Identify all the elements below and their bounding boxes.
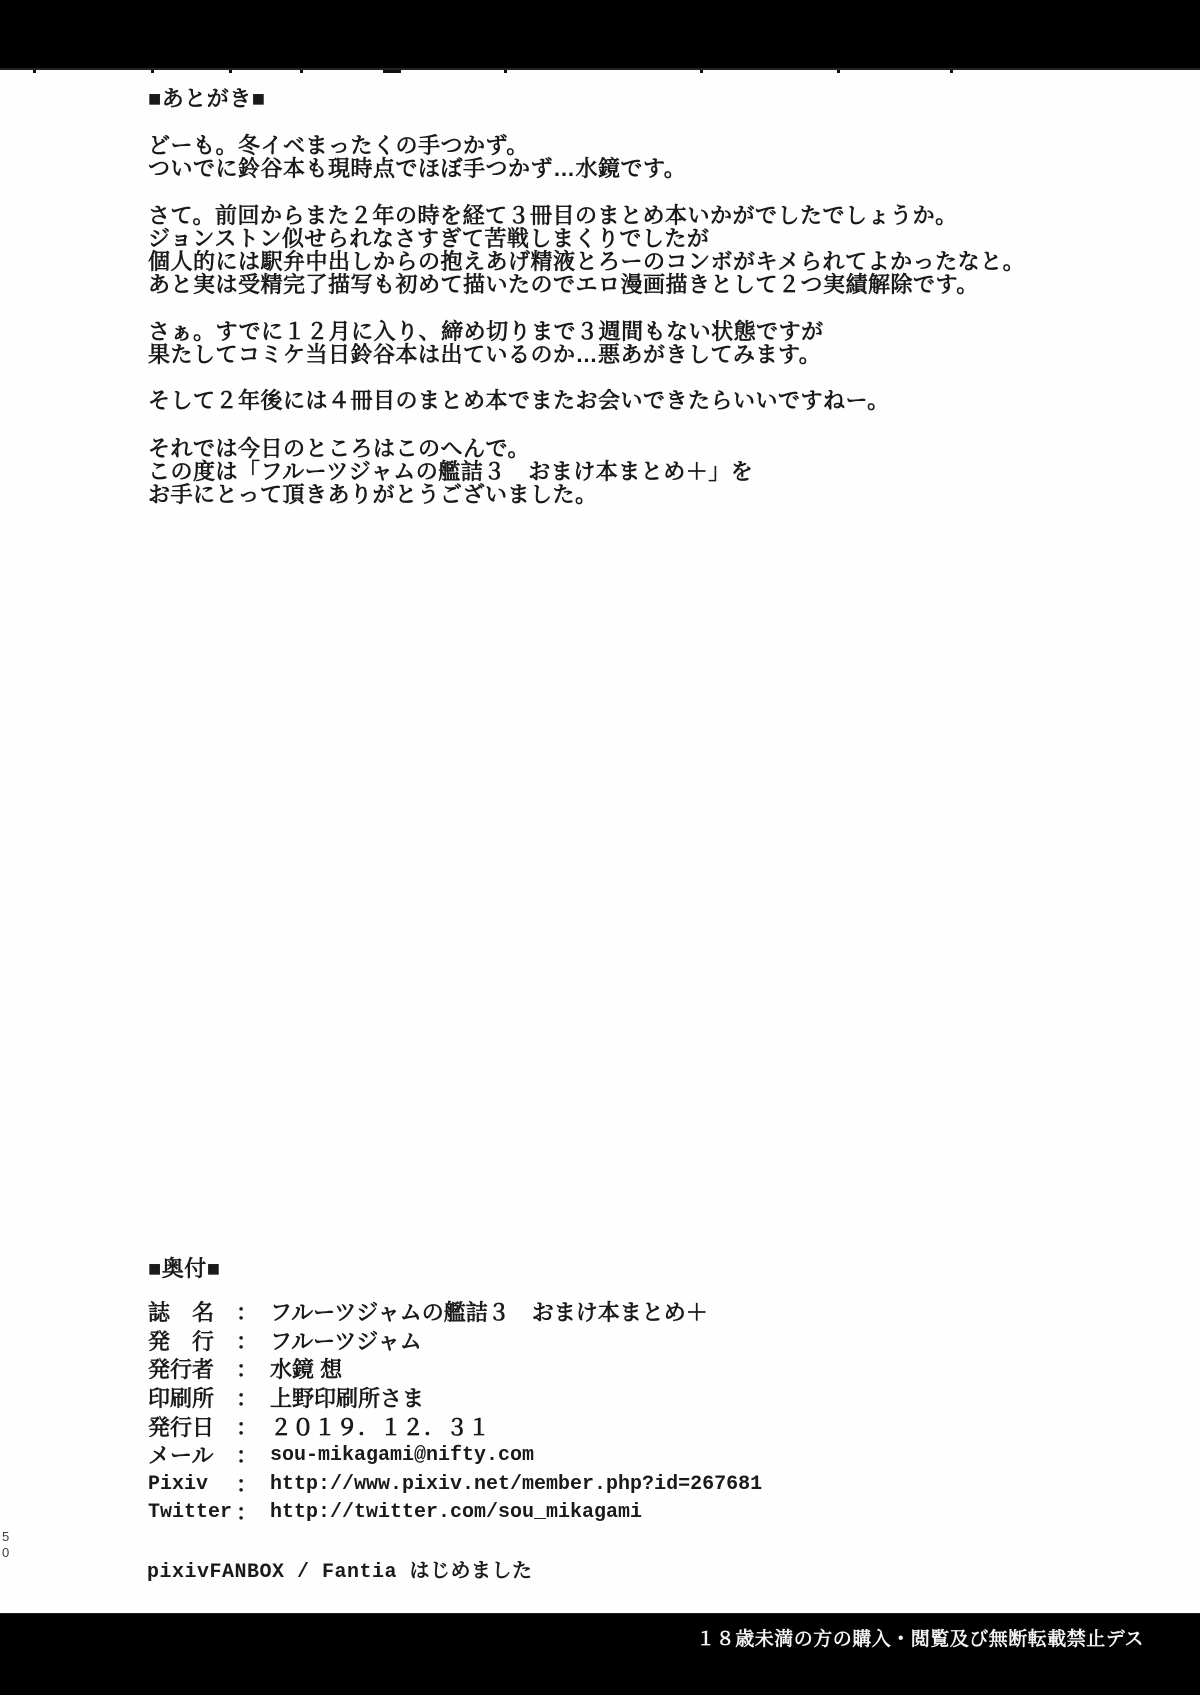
colophon-row-email: メール ： sou-mikagami@nifty.com xyxy=(148,1442,1048,1471)
text-line: どーも。冬イベまったくの手つかず。 xyxy=(148,134,686,157)
row-separator: ： xyxy=(236,1471,270,1498)
afterword-paragraph-4: そして２年後には４冊目のまとめ本でまたお会いできたらいいですねー。 xyxy=(148,389,890,412)
colophon-row-printer: 印刷所 ： 上野印刷所さま xyxy=(148,1385,1048,1414)
colophon-row-date: 発行日 ： ２０１９．１２．３１ xyxy=(148,1414,1048,1443)
age-restriction-notice: １８歳未満の方の購入・閲覧及び無断転載禁止デス xyxy=(696,1624,1144,1651)
row-label: 発行日 xyxy=(148,1414,236,1441)
afterword-paragraph-5: それでは今日のところはこのへんで。 この度は「フルーツジャムの艦詰３ おまけ本ま… xyxy=(148,437,753,506)
colophon-row-title: 誌 名 ： フルーツジャムの艦詰３ おまけ本まとめ＋ xyxy=(148,1299,1048,1328)
afterword-paragraph-3: さぁ。すでに１２月に入り、締め切りまで３週間もない状態ですが 果たしてコミケ当日… xyxy=(148,320,824,366)
pixiv-url: http://www.pixiv.net/member.php?id=26768… xyxy=(270,1471,762,1498)
row-label: Twitter xyxy=(148,1499,236,1526)
colophon-heading: ■奥付■ xyxy=(148,1252,221,1283)
text-line: 果たしてコミケ当日鈴谷本は出ているのか…悪あがきしてみます。 xyxy=(148,343,824,366)
text-line: そして２年後には４冊目のまとめ本でまたお会いできたらいいですねー。 xyxy=(148,389,890,412)
row-separator: ： xyxy=(236,1385,270,1412)
scan-artifact-tick xyxy=(700,70,703,73)
text-line: さぁ。すでに１２月に入り、締め切りまで３週間もない状態ですが xyxy=(148,320,824,343)
page-number-digit: 0 xyxy=(2,1545,9,1561)
colophon-row-pixiv: Pixiv ： http://www.pixiv.net/member.php?… xyxy=(148,1471,1048,1500)
scan-artifact-tick xyxy=(229,70,232,73)
row-separator: ： xyxy=(236,1499,270,1526)
page-number: 5 0 xyxy=(2,1529,9,1561)
email-address: sou-mikagami@nifty.com xyxy=(270,1442,534,1469)
text-line: お手にとって頂きありがとうございました。 xyxy=(148,483,753,506)
row-label: メール xyxy=(148,1442,236,1469)
colophon-row-author: 発行者 ： 水鏡 想 xyxy=(148,1356,1048,1385)
row-label: 発 行 xyxy=(148,1328,236,1355)
row-separator: ： xyxy=(236,1442,270,1469)
row-value: フルーツジャムの艦詰３ おまけ本まとめ＋ xyxy=(270,1299,708,1326)
text-line: それでは今日のところはこのへんで。 xyxy=(148,437,753,460)
colophon-row-twitter: Twitter ： http://twitter.com/sou_mikagam… xyxy=(148,1499,1048,1528)
afterword-paragraph-2: さて。前回からまた２年の時を経て３冊目のまとめ本いかがでしたでしょうか。 ジョン… xyxy=(148,204,1025,296)
scan-artifact-tick xyxy=(33,70,36,73)
twitter-url: http://twitter.com/sou_mikagami xyxy=(270,1499,642,1526)
row-value: フルーツジャム xyxy=(270,1328,422,1355)
scan-artifact-tick xyxy=(383,70,401,73)
text-line: ついでに鈴谷本も現時点でほぼ手つかず…水鏡です。 xyxy=(148,157,686,180)
text-line: この度は「フルーツジャムの艦詰３ おまけ本まとめ＋」を xyxy=(148,460,753,483)
text-line: ジョンストン似せられなさすぎて苦戦しまくりでしたが xyxy=(148,227,1025,250)
row-label: Pixiv xyxy=(148,1471,236,1498)
afterword-heading: ■あとがき■ xyxy=(148,82,266,113)
row-separator: ： xyxy=(236,1414,270,1441)
scan-artifact-tick xyxy=(837,70,840,73)
row-value: 水鏡 想 xyxy=(270,1356,342,1383)
row-separator: ： xyxy=(236,1356,270,1383)
afterword-paragraph-1: どーも。冬イベまったくの手つかず。 ついでに鈴谷本も現時点でほぼ手つかず…水鏡で… xyxy=(148,134,686,180)
fanbox-fantia-note: pixivFANBOX / Fantia はじめました xyxy=(147,1554,533,1584)
bottom-black-bar: １８歳未満の方の購入・閲覧及び無断転載禁止デス xyxy=(0,1613,1200,1695)
text-line: あと実は受精完了描写も初めて描いたのでエロ漫画描きとして２つ実績解除です。 xyxy=(148,273,1025,296)
colophon-row-publisher: 発 行 ： フルーツジャム xyxy=(148,1328,1048,1357)
row-label: 印刷所 xyxy=(148,1385,236,1412)
colophon-rows: 誌 名 ： フルーツジャムの艦詰３ おまけ本まとめ＋ 発 行 ： フルーツジャム… xyxy=(148,1299,1048,1528)
text-line: さて。前回からまた２年の時を経て３冊目のまとめ本いかがでしたでしょうか。 xyxy=(148,204,1025,227)
top-black-bar xyxy=(0,0,1200,70)
page-number-digit: 5 xyxy=(2,1529,9,1545)
scan-artifact-tick xyxy=(151,70,154,73)
text-line: 個人的には駅弁中出しからの抱えあげ精液とろーのコンボがキメられてよかったなと。 xyxy=(148,250,1025,273)
scan-page: ■あとがき■ どーも。冬イベまったくの手つかず。 ついでに鈴谷本も現時点でほぼ手… xyxy=(0,0,1200,1695)
row-separator: ： xyxy=(236,1299,270,1326)
row-label: 発行者 xyxy=(148,1356,236,1383)
row-value: 上野印刷所さま xyxy=(270,1385,424,1412)
row-label: 誌 名 xyxy=(148,1299,236,1326)
scan-artifact-tick xyxy=(300,70,303,73)
scan-artifact-tick xyxy=(950,70,953,73)
row-separator: ： xyxy=(236,1328,270,1355)
scan-artifact-tick xyxy=(504,70,507,73)
row-value: ２０１９．１２．３１ xyxy=(270,1414,490,1441)
